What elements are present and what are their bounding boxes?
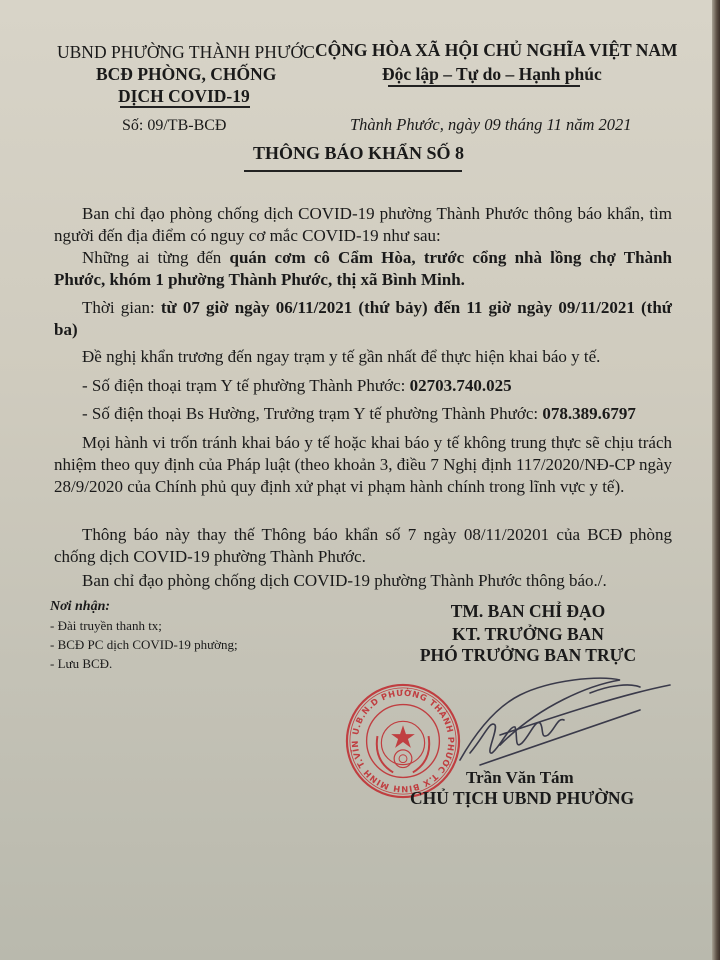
recipients-label: Nơi nhận: — [50, 599, 110, 615]
document-title: THÔNG BÁO KHẨN SỐ 8 — [253, 143, 464, 164]
issuer-authority: UBND PHƯỜNG THÀNH PHƯỚC — [57, 42, 315, 63]
phone-doctor-label: - Số điện thoại Bs Hường, Trưởng trạm Y … — [82, 404, 542, 423]
paragraph-replacement: Thông báo này thay thế Thông báo khẩn số… — [54, 524, 672, 568]
location-prefix: Những ai từng đến — [82, 248, 229, 267]
paragraph-request: Đề nghị khẩn trương đến ngay trạm y tế g… — [54, 346, 672, 368]
handwritten-signature — [440, 665, 680, 775]
title-underline — [244, 170, 462, 172]
national-motto: Độc lập – Tự do – Hạnh phúc — [382, 64, 602, 85]
paragraph-closing: Ban chỉ đạo phòng chống dịch COVID-19 ph… — [54, 570, 672, 592]
motto-underline — [388, 85, 580, 87]
phone-station-number[interactable]: 02703.740.025 — [410, 376, 512, 395]
place-date: Thành Phước, ngày 09 tháng 11 năm 2021 — [350, 115, 631, 135]
phone-station-label: - Số điện thoại trạm Y tế phường Thành P… — [82, 376, 410, 395]
issuer-underline — [120, 106, 250, 108]
phone-doctor-number[interactable]: 078.389.6797 — [542, 404, 636, 423]
phone-line-doctor: - Số điện thoại Bs Hường, Trưởng trạm Y … — [54, 403, 672, 425]
issuer-committee-sub: DỊCH COVID-19 — [118, 86, 250, 107]
recipient-item: - Lưu BCĐ. — [50, 656, 112, 672]
recipient-item: - BCĐ PC dịch COVID-19 phường; — [50, 637, 238, 653]
page-edge — [712, 0, 720, 960]
paragraph-intro: Ban chỉ đạo phòng chống dịch COVID-19 ph… — [54, 203, 672, 247]
signer-name: Trần Văn Tám — [466, 768, 574, 788]
phone-line-station: - Số điện thoại trạm Y tế phường Thành P… — [54, 375, 672, 397]
time-prefix: Thời gian: — [82, 298, 161, 317]
national-title: CỘNG HÒA XÃ HỘI CHỦ NGHĨA VIỆT NAM — [315, 40, 678, 61]
signature-role-3: PHÓ TRƯỞNG BAN TRỰC — [378, 645, 678, 666]
paragraph-location: Những ai từng đến quán cơm cô Cẩm Hòa, t… — [54, 247, 672, 291]
issuer-committee: BCĐ PHÒNG, CHỐNG — [96, 64, 276, 85]
recipient-item: - Đài truyền thanh tx; — [50, 618, 162, 634]
paragraph-penalty: Mọi hành vi trốn tránh khai báo y tế hoặ… — [54, 432, 672, 498]
signature-role-1: TM. BAN CHỈ ĐẠO — [378, 601, 678, 622]
document-number: Số: 09/TB-BCĐ — [122, 117, 226, 135]
signer-title: CHỦ TỊCH UBND PHƯỜNG — [410, 788, 634, 809]
paragraph-time: Thời gian: từ 07 giờ ngày 06/11/2021 (th… — [54, 297, 672, 341]
signature-role-2: KT. TRƯỞNG BAN — [378, 624, 678, 645]
